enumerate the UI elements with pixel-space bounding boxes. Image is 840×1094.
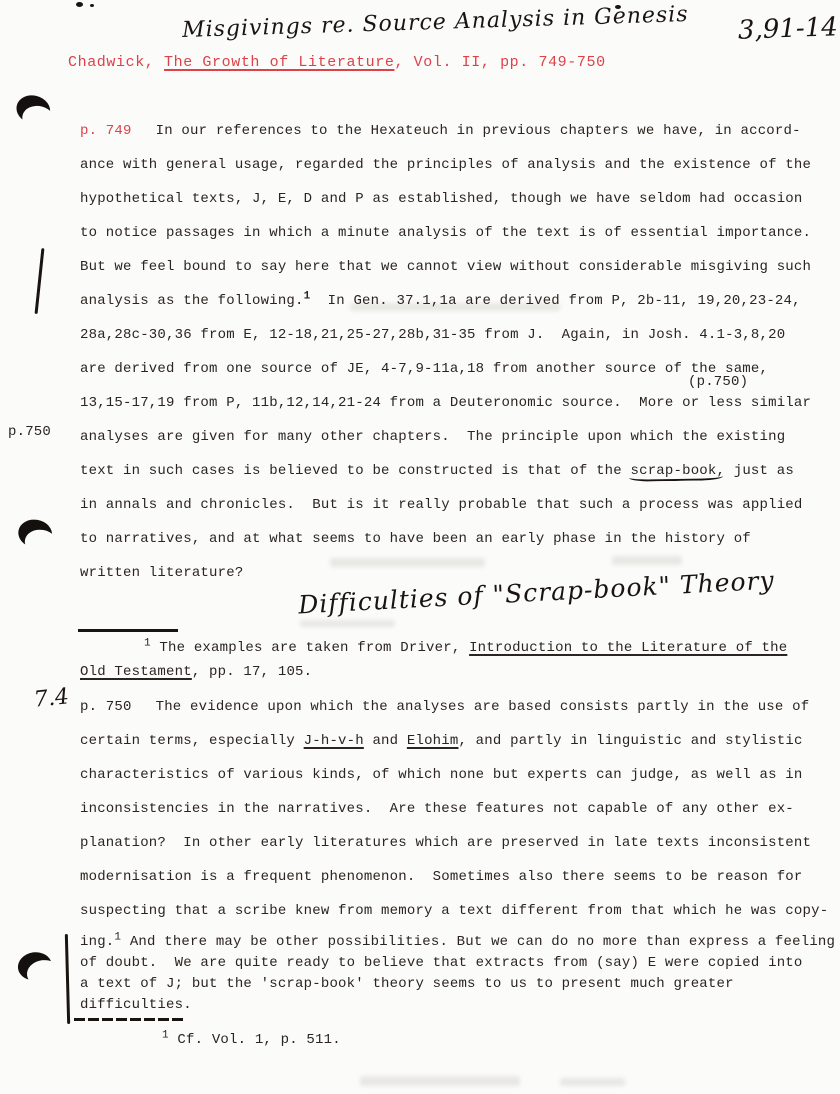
text-line: in annals and chronicles. But is it real… — [80, 488, 811, 522]
footnote-1: 1 The examples are taken from Driver, In… — [80, 636, 787, 684]
text-segment: The evidence upon which the analyses are… — [156, 699, 810, 715]
text-line: ing.1 And there may be other possibiliti… — [80, 932, 835, 953]
citation-author: Chadwick, — [68, 54, 164, 71]
text-line: modernisation is a frequent phenomenon. … — [80, 860, 835, 894]
interline-page-note: (p.750) — [688, 374, 748, 390]
text-segment: certain terms, especially — [80, 733, 304, 749]
text-segment: hypothetical texts, J, E, D and P as est… — [80, 191, 803, 207]
text-line: of doubt. We are quite ready to believe … — [80, 953, 835, 974]
text-segment: written literature? — [80, 565, 243, 581]
text-segment: suspecting that a scribe knew from memor… — [80, 903, 828, 919]
binder-hole-mark — [16, 517, 59, 553]
footnote-marker: 1 — [144, 637, 151, 649]
text-segment: planation? In other early literatures wh… — [80, 835, 811, 851]
text-segment: Cf. Vol. 1, p. 511. — [169, 1032, 341, 1048]
text-line: analysis as the following.1 In Gen. 37.1… — [80, 284, 811, 318]
text-line: a text of J; but the 'scrap-book' theory… — [80, 974, 835, 995]
text-line: inconsistencies in the narratives. Are t… — [80, 792, 835, 826]
text-segment: characteristics of various kinds, of whi… — [80, 767, 803, 783]
text-line: p. 750The evidence upon which the analys… — [80, 690, 835, 724]
text-segment: difficulties. — [80, 997, 192, 1013]
citation-line: Chadwick, The Growth of Literature, Vol.… — [68, 54, 606, 71]
text-segment: In our references to the Hexateuch in pr… — [156, 123, 801, 139]
text-line: characteristics of various kinds, of whi… — [80, 758, 835, 792]
paragraph-p749: p. 749In our references to the Hexateuch… — [80, 114, 811, 590]
text-segment: , and partly in linguistic and stylistic — [458, 733, 802, 749]
underlined-term: J-h-v-h — [304, 733, 364, 749]
page-ref-label: p. 749 — [80, 123, 132, 139]
text-segment: , just as — [717, 463, 794, 479]
text-line: But we feel bound to say here that we ca… — [80, 250, 811, 284]
text-line: p. 749In our references to the Hexateuch… — [80, 114, 811, 148]
footnote-marker: 1 — [162, 1029, 169, 1041]
text-segment: ance with general usage, regarded the pr… — [80, 157, 811, 173]
text-segment: inconsistencies in the narratives. Are t… — [80, 801, 794, 817]
text-segment: In Gen. 37.1,1a are derived from P, 2b-1… — [310, 293, 800, 309]
text-line: certain terms, especially J-h-v-h and El… — [80, 724, 835, 758]
paper-speck — [90, 4, 94, 7]
text-line: planation? In other early literatures wh… — [80, 826, 835, 860]
citation-pages: , Vol. II, pp. 749-750 — [394, 54, 605, 71]
text-segment: analysis as the following. — [80, 293, 304, 309]
handwritten-margin-number: 7.4 — [33, 684, 70, 713]
bleed-through-smudge — [300, 620, 395, 627]
text-segment: text in such cases is believed to be con… — [80, 463, 631, 479]
text-segment: to notice passages in which a minute ana… — [80, 225, 811, 241]
footnote-line: 1 The examples are taken from Driver, In… — [80, 636, 787, 660]
handwritten-title: Misgivings re. Source Analysis in Genesi… — [182, 2, 689, 43]
page-ref-label: p. 750 — [80, 699, 132, 715]
text-segment: And there may be other possibilities. Bu… — [121, 934, 835, 950]
text-segment: a text of J; but the 'scrap-book' theory… — [80, 976, 734, 992]
text-segment: But we feel bound to say here that we ca… — [80, 259, 811, 275]
text-line: analyses are given for many other chapte… — [80, 420, 811, 454]
handwritten-doc-number: 3,91-14 — [738, 12, 839, 45]
margin-page-note: p.750 — [8, 424, 51, 440]
footnote-2: 1 Cf. Vol. 1, p. 511. — [80, 1028, 341, 1052]
footnote-line: 1 Cf. Vol. 1, p. 511. — [80, 1028, 341, 1052]
text-line: ance with general usage, regarded the pr… — [80, 148, 811, 182]
margin-pen-stroke — [35, 248, 44, 314]
text-segment: ing. — [80, 934, 114, 950]
bleed-through-smudge — [560, 1078, 625, 1086]
text-segment: of doubt. We are quite ready to believe … — [80, 955, 803, 971]
text-line: suspecting that a scribe knew from memor… — [80, 894, 835, 928]
footnote-rule — [78, 629, 178, 632]
text-line: difficulties. — [80, 995, 835, 1016]
bleed-through-smudge — [360, 1076, 520, 1086]
binder-hole-mark — [13, 92, 57, 130]
text-line: 13,15-17,19 from P, 11b,12,14,21-24 from… — [80, 386, 811, 420]
underlined-term: Elohim — [407, 733, 459, 749]
paper-speck — [76, 2, 83, 7]
text-line: 28a,28c-30,36 from E, 12-18,21,25-27,28b… — [80, 318, 811, 352]
text-segment: are derived from one source of JE, 4-7,9… — [80, 361, 768, 377]
citation-title: The Growth of Literature — [164, 54, 394, 71]
text-segment: in annals and chronicles. But is it real… — [80, 497, 803, 513]
text-segment: and — [364, 733, 407, 749]
scanned-document-page: Misgivings re. Source Analysis in Genesi… — [0, 0, 840, 1094]
text-line: text in such cases is believed to be con… — [80, 454, 811, 488]
binder-hole-mark — [16, 950, 58, 985]
text-segment: 13,15-17,19 from P, 11b,12,14,21-24 from… — [80, 395, 811, 411]
margin-pen-stroke — [65, 934, 70, 1024]
text-segment: The examples are taken from Driver, — [151, 640, 469, 656]
text-segment: analyses are given for many other chapte… — [80, 429, 785, 445]
text-segment: 28a,28c-30,36 from E, 12-18,21,25-27,28b… — [80, 327, 785, 343]
paragraph-p750: p. 750The evidence upon which the analys… — [80, 690, 835, 1016]
text-line: hypothetical texts, J, E, D and P as est… — [80, 182, 811, 216]
underlined-work-title: Introduction to the Literature of the — [469, 640, 787, 656]
text-segment: to narratives, and at what seems to have… — [80, 531, 751, 547]
pen-underlined-text: scrap-book — [631, 463, 717, 479]
text-segment: modernisation is a frequent phenomenon. … — [80, 869, 803, 885]
text-line: to notice passages in which a minute ana… — [80, 216, 811, 250]
underlined-work-title: Old Testament — [80, 664, 192, 680]
footnote-rule — [74, 1018, 186, 1021]
text-segment: , pp. 17, 105. — [192, 664, 312, 680]
footnote-line: Old Testament, pp. 17, 105. — [80, 660, 787, 684]
text-line: to narratives, and at what seems to have… — [80, 522, 811, 556]
